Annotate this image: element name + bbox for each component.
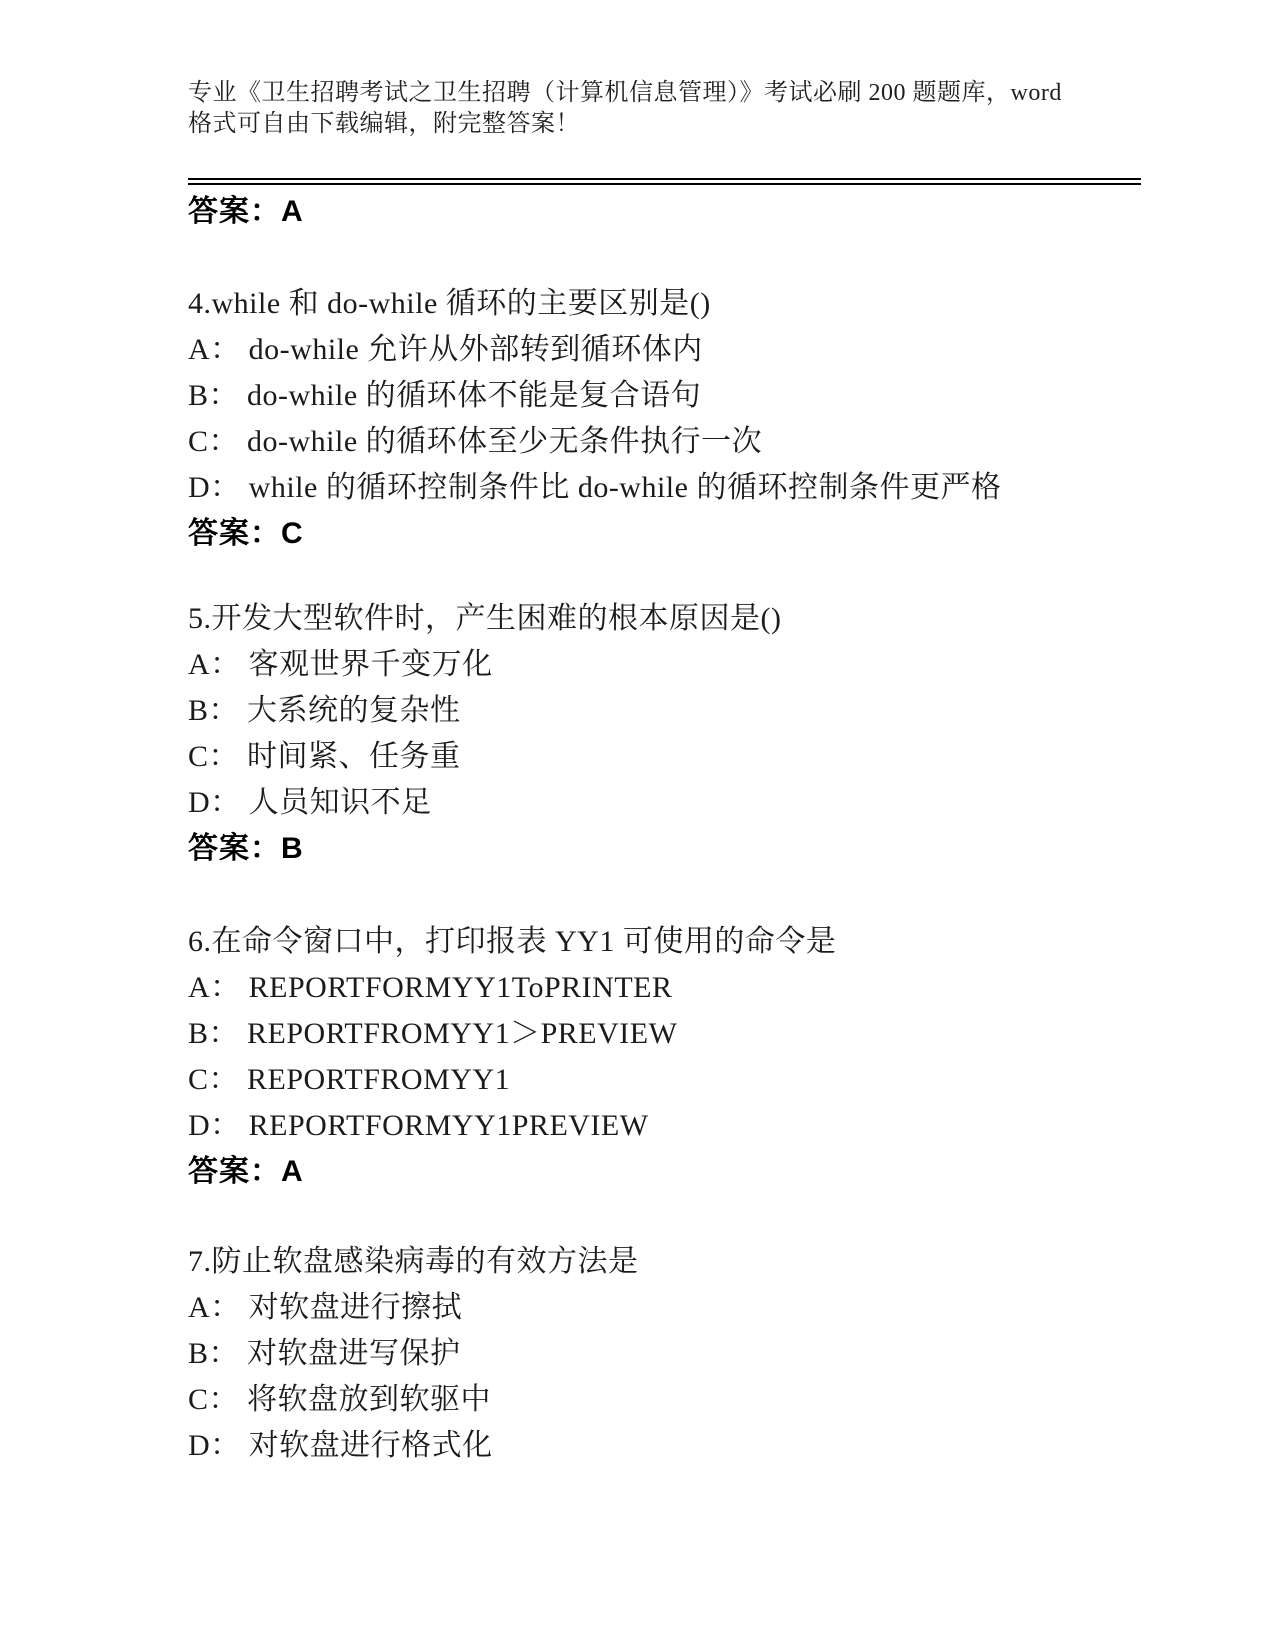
option-line-c: C： 时间紧、任务重 bbox=[188, 734, 1145, 780]
question-block-6: 6.在命令窗口中，打印报表 YY1 可使用的命令是 A： REPORTFORMY… bbox=[188, 919, 1145, 1195]
answer-line: 答案：A bbox=[188, 1149, 1145, 1195]
document-page: 专业《卫生招聘考试之卫生招聘（计算机信息管理）》考试必刷 200 题题库，wor… bbox=[0, 0, 1275, 1650]
option-line-a: A： 客观世界千变万化 bbox=[188, 642, 1145, 688]
option-line-a: A： do-while 允许从外部转到循环体内 bbox=[188, 327, 1145, 373]
header-note: 专业《卫生招聘考试之卫生招聘（计算机信息管理）》考试必刷 200 题题库，wor… bbox=[188, 78, 1145, 140]
option-line-d: D： 对软盘进行格式化 bbox=[188, 1423, 1145, 1469]
header-note-line1: 专业《卫生招聘考试之卫生招聘（计算机信息管理）》考试必刷 200 题题库，wor… bbox=[188, 78, 1145, 109]
option-line-d: D： 人员知识不足 bbox=[188, 780, 1145, 826]
option-line-b: B： REPORTFROMYY1＞PREVIEW bbox=[188, 1011, 1145, 1057]
option-line-c: C： REPORTFROMYY1 bbox=[188, 1057, 1145, 1103]
answer-line: 答案：B bbox=[188, 826, 1145, 872]
question-block-7: 7.防止软盘感染病毒的有效方法是 A： 对软盘进行擦拭 B： 对软盘进写保护 C… bbox=[188, 1239, 1145, 1469]
question-text: 6.在命令窗口中，打印报表 YY1 可使用的命令是 bbox=[188, 919, 1145, 965]
question-text: 7.防止软盘感染病毒的有效方法是 bbox=[188, 1239, 1145, 1285]
question-text: 4.while 和 do-while 循环的主要区别是() bbox=[188, 281, 1145, 327]
option-line-b: B： 对软盘进写保护 bbox=[188, 1331, 1145, 1377]
option-line-c: C： 将软盘放到软驱中 bbox=[188, 1377, 1145, 1423]
previous-answer-line: 答案：A bbox=[188, 189, 1145, 235]
option-line-b: B： 大系统的复杂性 bbox=[188, 688, 1145, 734]
option-line-d: D： while 的循环控制条件比 do-while 的循环控制条件更严格 bbox=[188, 465, 1145, 511]
question-block-5: 5.开发大型软件时，产生困难的根本原因是() A： 客观世界千变万化 B： 大系… bbox=[188, 596, 1145, 872]
question-text: 5.开发大型软件时，产生困难的根本原因是() bbox=[188, 596, 1145, 642]
header-note-line2: 格式可自由下载编辑，附完整答案！ bbox=[188, 109, 1145, 140]
answer-line: 答案：C bbox=[188, 511, 1145, 557]
option-line-b: B： do-while 的循环体不能是复合语句 bbox=[188, 373, 1145, 419]
question-block-4: 4.while 和 do-while 循环的主要区别是() A： do-whil… bbox=[188, 281, 1145, 557]
section-divider bbox=[188, 178, 1141, 185]
option-line-c: C： do-while 的循环体至少无条件执行一次 bbox=[188, 419, 1145, 465]
option-line-a: A： REPORTFORMYY1ToPRINTER bbox=[188, 965, 1145, 1011]
option-line-a: A： 对软盘进行擦拭 bbox=[188, 1285, 1145, 1331]
option-line-d: D： REPORTFORMYY1PREVIEW bbox=[188, 1103, 1145, 1149]
